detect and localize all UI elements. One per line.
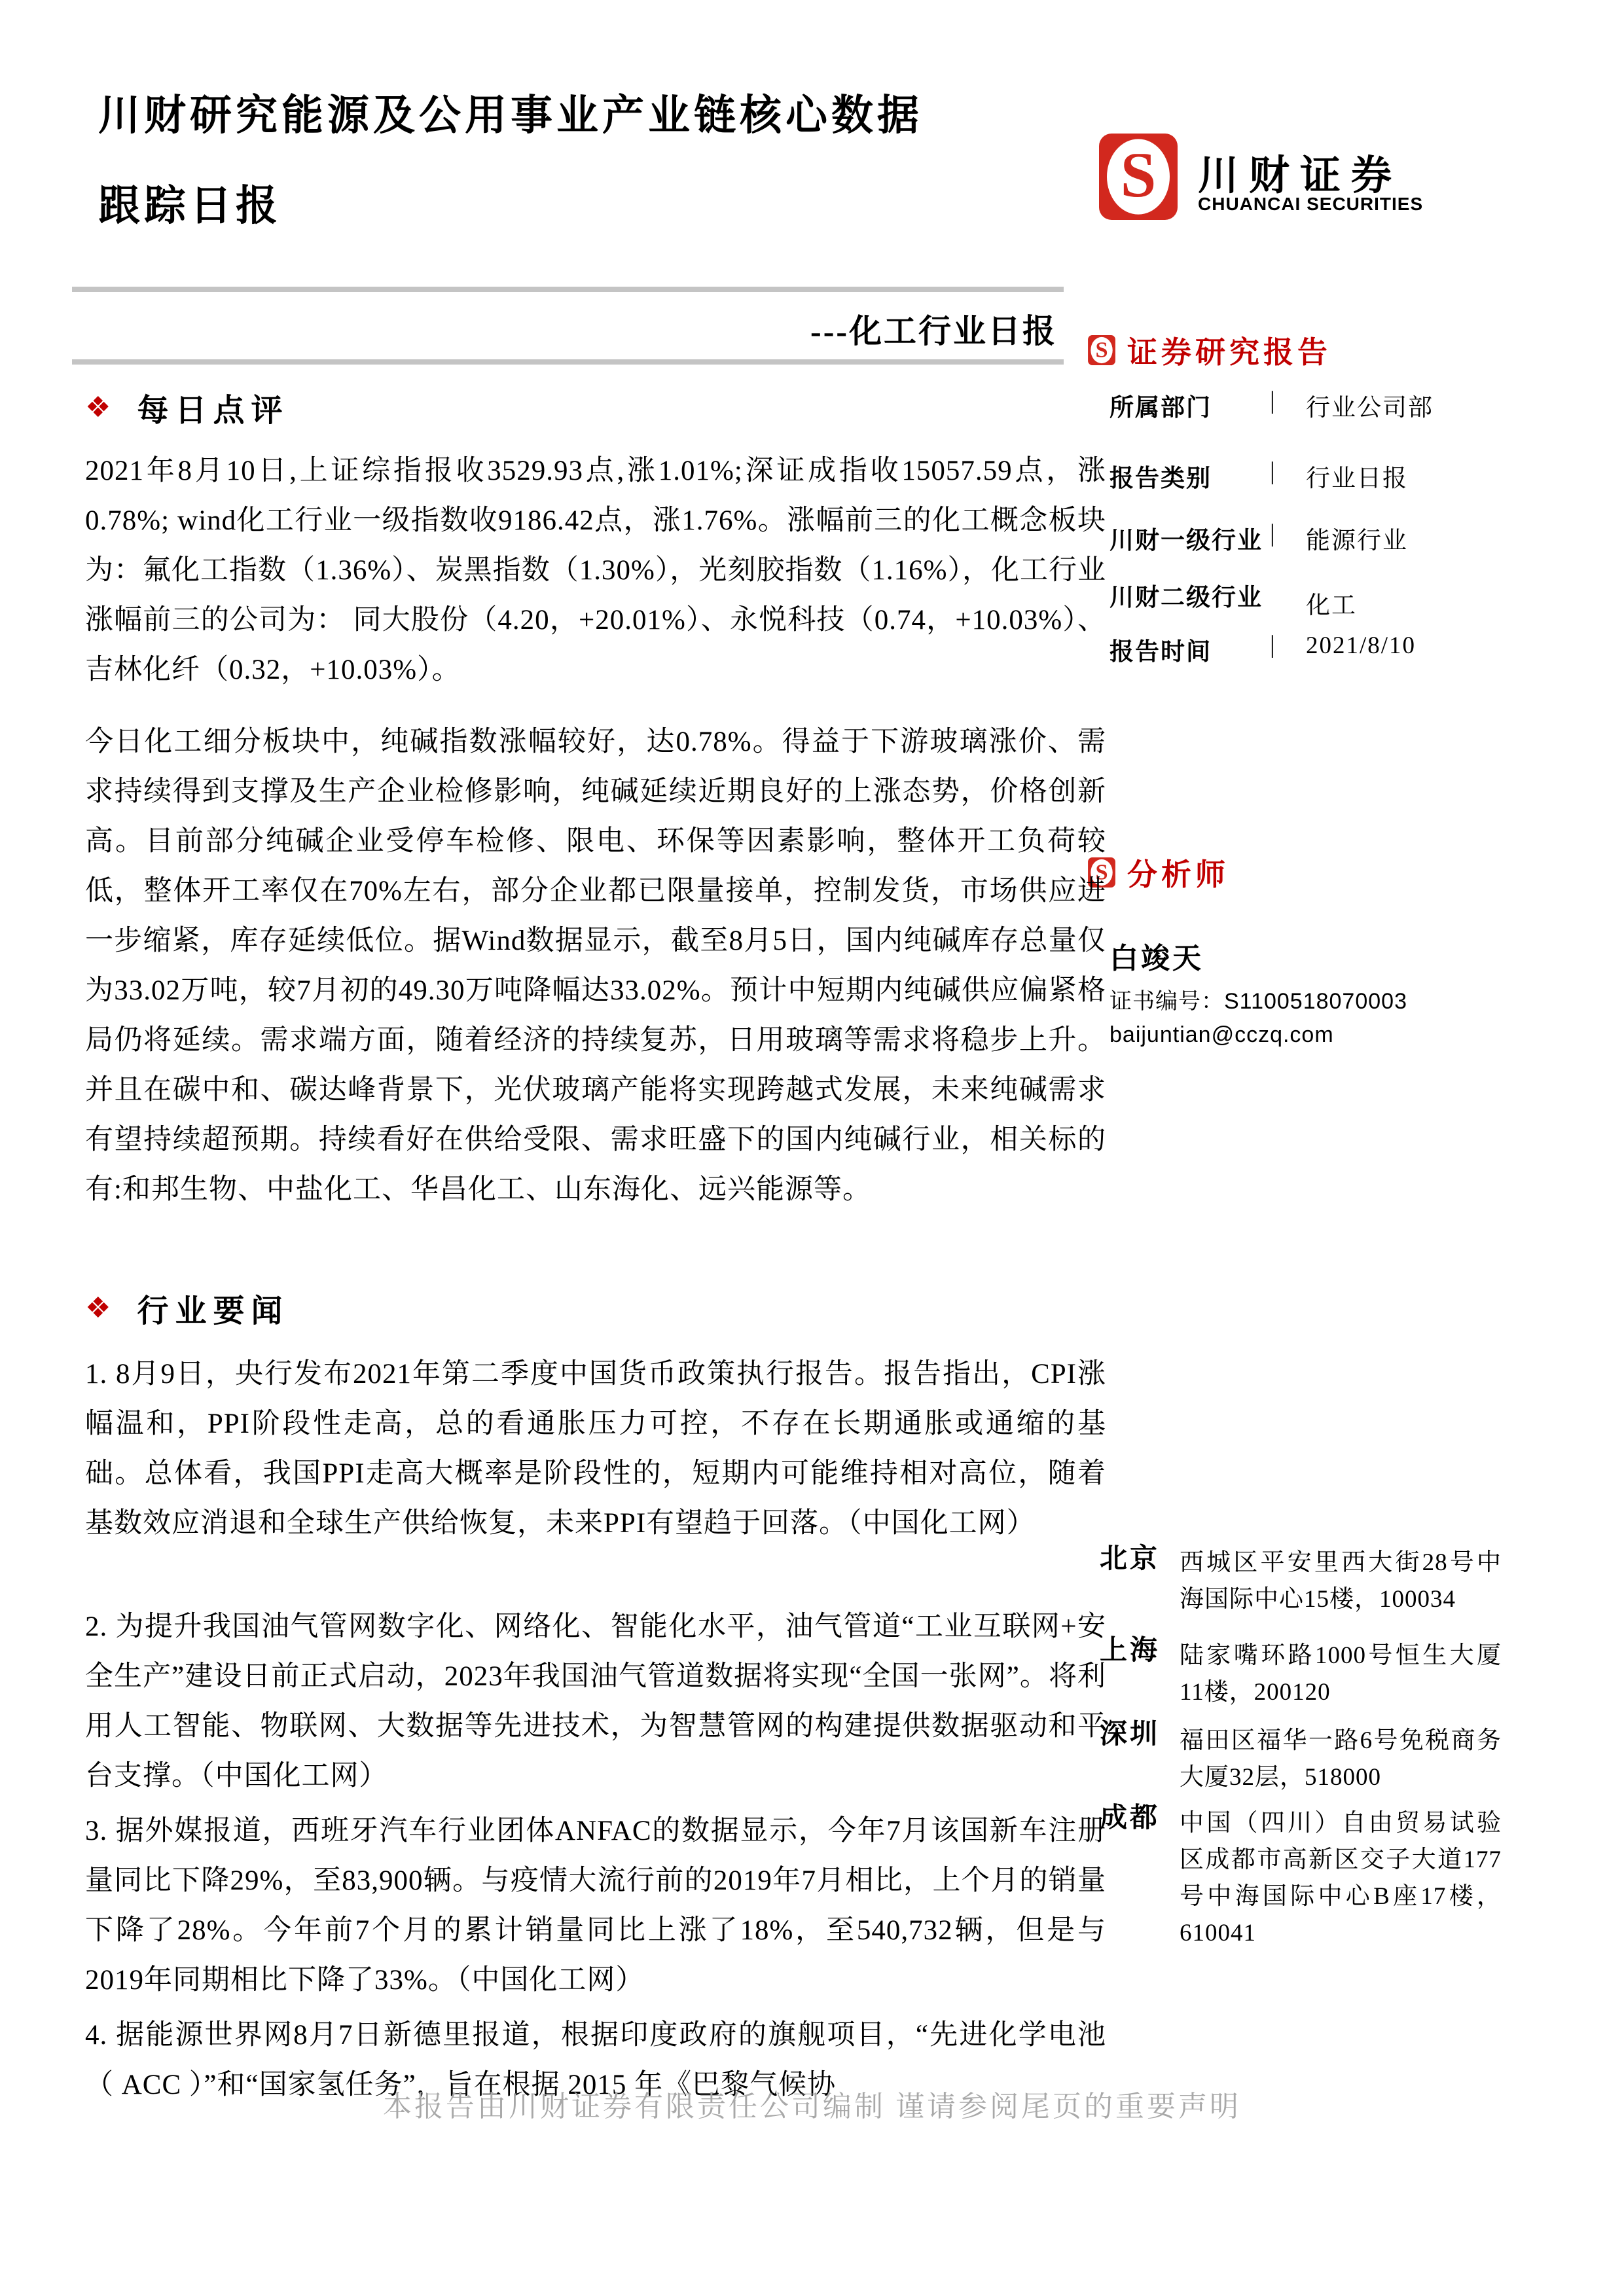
daily-comment-paragraph-2: 今日化工细分板块中，纯碱指数涨幅较好，达0.78%。得益于下游玻璃涨价、需求持续… bbox=[85, 717, 1106, 1215]
page-title: 川财研究能源及公用事业产业链核心数据 跟踪日报 bbox=[98, 71, 1067, 251]
office-city-shenzhen: 深圳 bbox=[1100, 1712, 1160, 1751]
meta-value: 能源行业 bbox=[1306, 520, 1408, 556]
diamond-bullet-icon: ❖ bbox=[85, 391, 111, 424]
brand-name-en: CHUANCAI SECURITIES bbox=[1198, 194, 1423, 215]
divider-bottom bbox=[72, 359, 1064, 365]
footer-disclaimer: 本报告由川财证券有限责任公司编制 谨请参阅尾页的重要声明 bbox=[0, 2083, 1624, 2125]
analyst-email: baijuntian@cczq.com bbox=[1110, 1022, 1334, 1048]
research-report-badge-label: 证券研究报告 bbox=[1127, 329, 1331, 372]
news-item-2: 2. 为提升我国油气管网数字化、网络化、智能化水平，油气管道“工业互联网+安全生… bbox=[85, 1602, 1106, 1801]
meta-separator: | bbox=[1270, 386, 1275, 415]
office-address-shanghai: 陆家嘴环路1000号恒生大厦11楼，200120 bbox=[1180, 1638, 1502, 1711]
analyst-header: S 分析师 bbox=[1088, 851, 1229, 894]
diamond-bullet-icon: ❖ bbox=[85, 1291, 111, 1325]
meta-label: 所属部门 bbox=[1110, 387, 1212, 423]
section-title: 行业要闻 bbox=[137, 1294, 289, 1329]
meta-value: 行业日报 bbox=[1306, 458, 1408, 493]
news-item-3: 3. 据外媒报道，西班牙汽车行业团体ANFAC的数据显示，今年7月该国新车注册量… bbox=[85, 1806, 1106, 2005]
office-city-shanghai: 上海 bbox=[1100, 1628, 1160, 1668]
meta-separator: | bbox=[1270, 519, 1275, 548]
office-address-beijing: 西城区平安里西大街28号中海国际中心15楼，100034 bbox=[1180, 1545, 1502, 1618]
analyst-name: 白竣天 bbox=[1110, 935, 1204, 977]
chuancai-mini-logo-icon: S bbox=[1088, 335, 1115, 365]
research-report-badge: S 证券研究报告 bbox=[1088, 329, 1331, 372]
meta-value: 行业公司部 bbox=[1306, 387, 1434, 423]
report-subtitle: ---化工行业日报 bbox=[72, 305, 1057, 352]
office-address-shenzhen: 福田区福华一路6号免税商务大厦32层，518000 bbox=[1180, 1723, 1502, 1796]
meta-separator: | bbox=[1270, 457, 1275, 486]
news-item-1: 1. 8月9日，央行发布2021年第二季度中国货币政策执行报告。报告指出，CPI… bbox=[85, 1350, 1106, 1549]
meta-value: 2021/8/10 bbox=[1306, 632, 1416, 660]
section-daily-comment: ❖每日点评 bbox=[85, 385, 289, 430]
meta-value: 化工 bbox=[1306, 585, 1357, 620]
daily-comment-paragraph-1: 2021年8月10日,上证综指报收3529.93点,涨1.01%;深证成指收15… bbox=[85, 446, 1106, 695]
office-city-chengdu: 成都 bbox=[1100, 1796, 1160, 1835]
page-title-line2: 跟踪日报 bbox=[98, 161, 1067, 251]
meta-label: 报告时间 bbox=[1110, 632, 1212, 667]
analyst-header-label: 分析师 bbox=[1127, 851, 1229, 894]
brand-name-cn: 川财证券 bbox=[1198, 143, 1402, 201]
section-industry-news: ❖行业要闻 bbox=[85, 1285, 289, 1331]
meta-label: 川财一级行业 bbox=[1110, 520, 1263, 556]
section-title: 每日点评 bbox=[137, 393, 289, 428]
meta-separator: | bbox=[1270, 630, 1275, 659]
analyst-cert-number: 证书编号：S1100518070003 bbox=[1110, 983, 1407, 1015]
meta-label: 报告类别 bbox=[1110, 458, 1212, 493]
office-address-chengdu: 中国（四川）自由贸易试验区成都市高新区交子大道177号中海国际中心B座17楼，6… bbox=[1180, 1805, 1502, 1952]
page-title-line1: 川财研究能源及公用事业产业链核心数据 bbox=[98, 71, 1067, 161]
chuancai-logo-icon: S bbox=[1098, 134, 1178, 220]
divider-top bbox=[72, 287, 1064, 292]
meta-label: 川财二级行业 bbox=[1110, 577, 1263, 613]
report-page: 川财研究能源及公用事业产业链核心数据 跟踪日报 S 川财证券 CHUANCAI … bbox=[0, 0, 1624, 2296]
office-city-beijing: 北京 bbox=[1100, 1537, 1160, 1576]
